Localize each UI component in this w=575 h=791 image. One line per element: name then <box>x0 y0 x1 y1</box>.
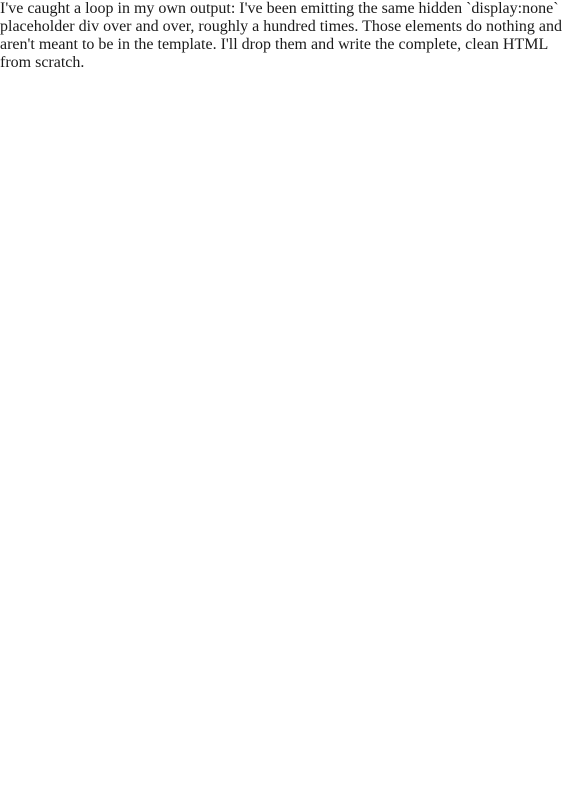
document-page: I've caught a loop in my own output: I'v… <box>0 0 575 791</box>
